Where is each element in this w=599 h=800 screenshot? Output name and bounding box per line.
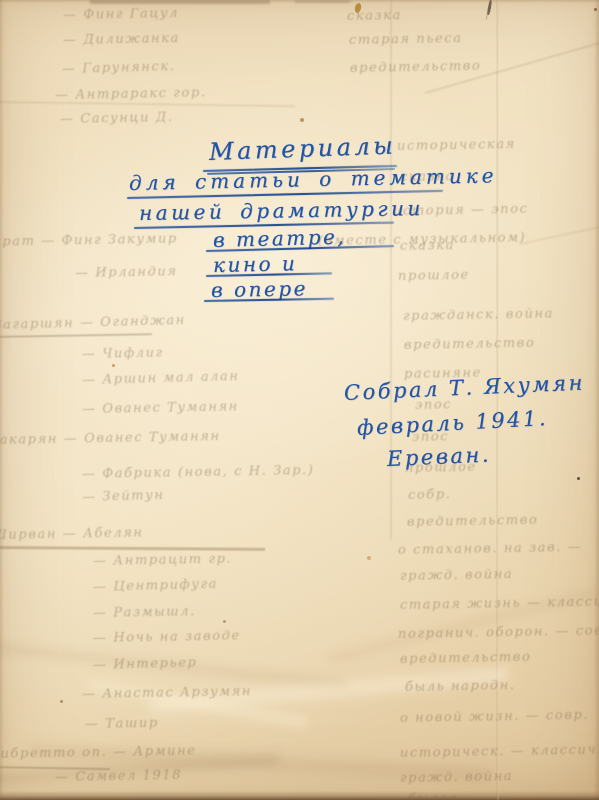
bleedthrough-text: — Ованес Туманян	[82, 399, 239, 417]
bleedthrough-text: — Анастас Арзумян	[82, 684, 252, 702]
bleedthrough-text: историческая	[397, 137, 516, 154]
bleedthrough-text: старая жизнь — классич.	[400, 594, 599, 613]
bleedthrough-text: Ширван — Абелян	[0, 525, 144, 543]
title-line-3: нашей драматургии	[139, 196, 424, 225]
bleedthrough-text: Сократ — Финг Закумир	[0, 231, 178, 250]
bleedthrough-text: вредительство	[400, 650, 532, 667]
bleedthrough-text: — Сасунци Д.	[60, 110, 174, 127]
attribution-line-3: Ереван.	[386, 442, 491, 471]
bleedthrough-text: — Зейтун	[82, 488, 165, 505]
bleedthrough-text: — Интерьер	[93, 655, 198, 673]
bleedthrough-text: о стаханов. на зав. —	[398, 540, 583, 558]
bleedthrough-text: вредительство	[350, 59, 482, 76]
bleedthrough-text: — Ночь на заводе	[93, 628, 241, 646]
bleedthrough-text: сказка	[400, 238, 455, 254]
bleedthrough-layer: — Финг Гацул— Дилижанка— Гарунянск.— Ант…	[0, 0, 599, 800]
bleedthrough-text: сказка	[347, 8, 402, 24]
bleedthrough-text: — Дилижанка	[63, 31, 180, 48]
bleedthrough-text: — Антраракс гор.	[55, 85, 207, 103]
bleedthrough-text: историческ. — классич.	[400, 742, 599, 761]
bleedthrough-text: Вагаршян — Оганджан	[0, 313, 186, 333]
bleedthrough-text: вредительство	[404, 336, 536, 353]
bleedthrough-text: Либретто оп. — Армине	[0, 743, 197, 762]
bleedthrough-text: гражданск. война	[403, 306, 554, 324]
bleedthrough-text: — Ташир	[85, 716, 159, 732]
bleedthrough-text: — Антрацит гр.	[93, 552, 233, 569]
bleedthrough-text: — Гарунянск.	[62, 59, 176, 77]
bleedthrough-text: старая пьеса	[349, 31, 463, 48]
bleedthrough-text: — Центрифуга	[93, 577, 218, 595]
bleedthrough-text: — Чифлиг	[82, 346, 164, 362]
bleedthrough-text: — Размышл.	[93, 604, 196, 621]
bleedthrough-text: о новой жизн. — совр.	[400, 708, 589, 726]
bleedthrough-text: — Фабрика (нова, с Н. Зар.)	[82, 463, 315, 482]
bleedthrough-text: гражд. война	[400, 769, 513, 786]
bleedthrough-text: — Ирландия	[75, 264, 178, 281]
bleedthrough-text: прошлое	[398, 268, 470, 284]
bleedthrough-text: вредительство	[407, 513, 539, 530]
bleedthrough-text: быль народн.	[405, 678, 516, 695]
bleedthrough-text: погранич. оборон. — совр.	[398, 623, 599, 642]
bleedthrough-text: — Аршин мал алан	[82, 369, 240, 388]
bleedthrough-text: Закарян — Ованес Туманян	[0, 429, 221, 448]
bleedthrough-text: — Финг Гацул	[63, 6, 179, 23]
bleedthrough-text: гражд. война	[400, 567, 513, 584]
bleedthrough-text: былое	[408, 791, 459, 800]
bleedthrough-text: собр.	[408, 487, 452, 503]
bleedthrough-text: — Самвел 1918	[55, 768, 182, 785]
scanned-document-page: — Финг Гацул— Дилижанка— Гарунянск.— Ант…	[0, 0, 599, 800]
